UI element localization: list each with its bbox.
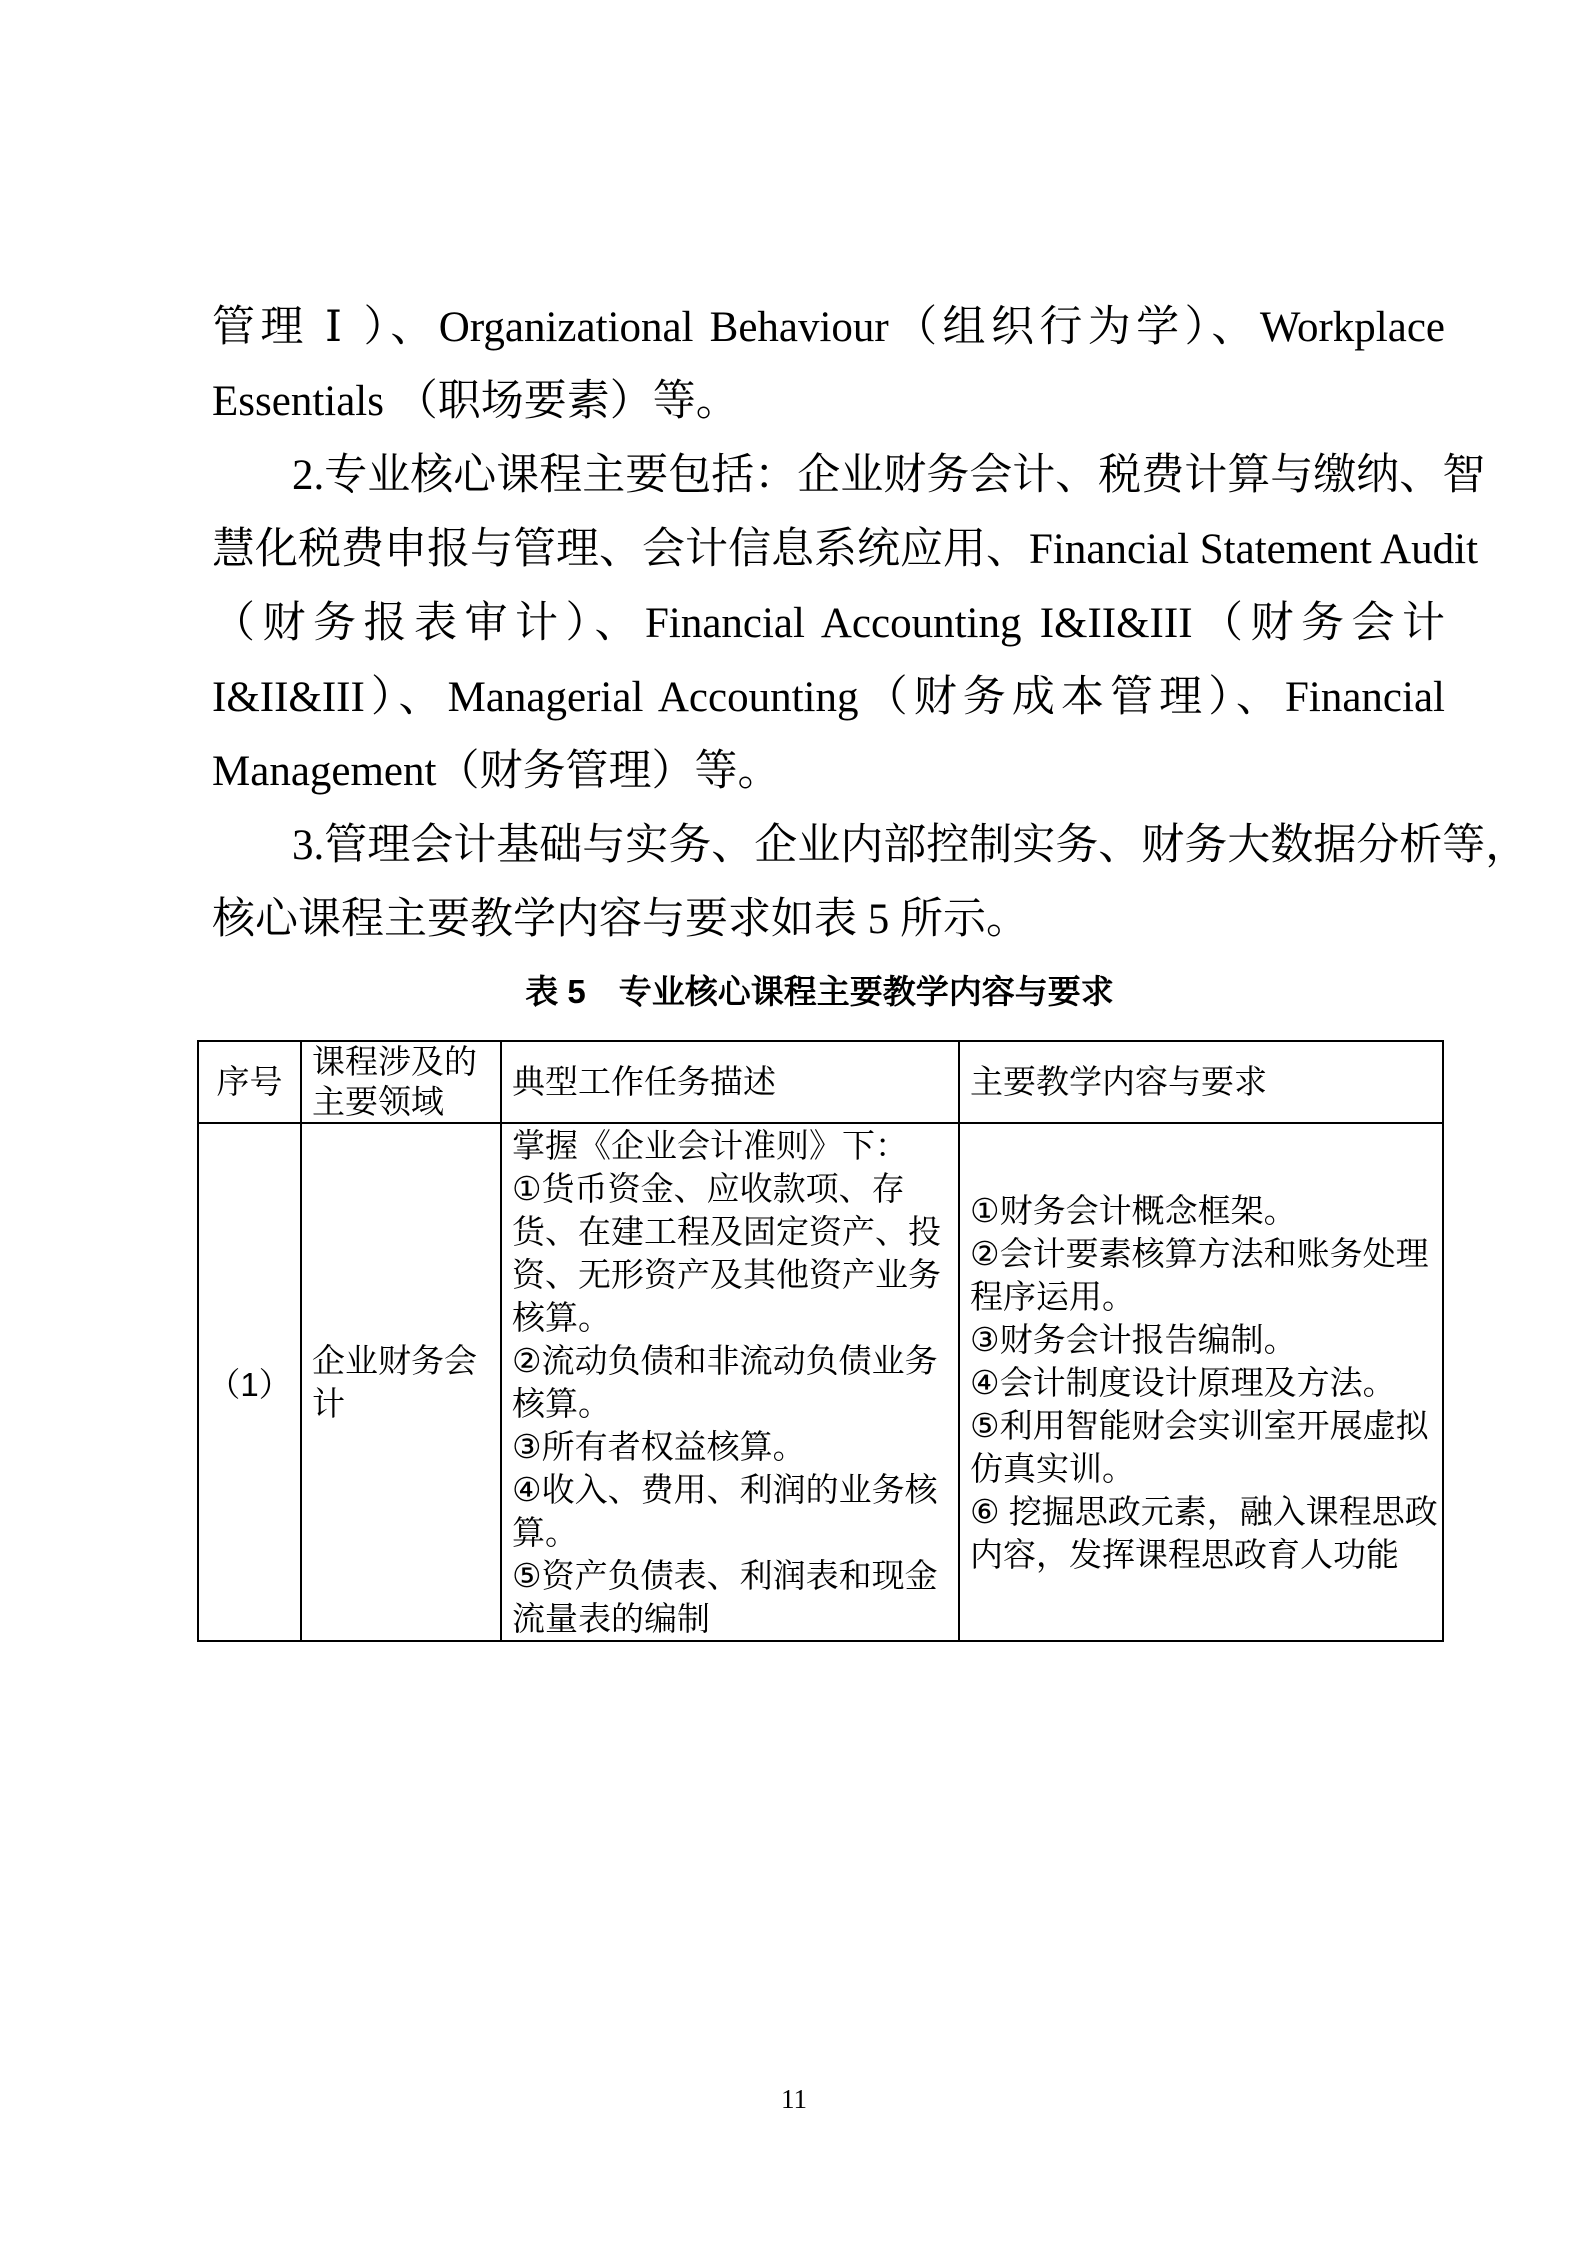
content-item: ②会计要素核算方法和账务处理程序运用。 — [970, 1232, 1438, 1318]
paragraph-line: Management（财务管理）等。 — [212, 735, 1445, 809]
paragraph-line: 管理 Ⅰ ）、Organizational Behaviour（组织行为学）、W… — [212, 291, 1445, 365]
body-text: 管理 Ⅰ ）、Organizational Behaviour（组织行为学）、W… — [212, 291, 1445, 957]
page-number: 11 — [0, 2086, 1588, 2113]
paragraph-line: Essentials （职场要素）等。 — [212, 365, 1445, 439]
paragraph-line: 核心课程主要教学内容与要求如表 5 所示。 — [212, 883, 1445, 957]
document-page: 管理 Ⅰ ）、Organizational Behaviour（组织行为学）、W… — [0, 0, 1588, 2245]
paragraph-line: 2.专业核心课程主要包括：企业财务会计、税费计算与缴纳、智 — [212, 439, 1445, 513]
task-item: ③所有者权益核算。 — [512, 1425, 954, 1468]
content-item: ⑤利用智能财会实训室开展虚拟仿真实训。 — [970, 1404, 1438, 1490]
content-item: ④会计制度设计原理及方法。 — [970, 1361, 1438, 1404]
table-header-row: 序号 课程涉及的主要领域 典型工作任务描述 主要教学内容与要求 — [198, 1041, 1443, 1123]
task-item: 掌握《企业会计准则》下： — [512, 1124, 954, 1167]
header-cell-tasks: 典型工作任务描述 — [501, 1041, 959, 1123]
content-item: ⑥ 挖掘思政元素，融入课程思政内容，发挥课程思政育人功能 — [970, 1490, 1438, 1576]
paragraph-line: 3.管理会计基础与实务、企业内部控制实务、财务大数据分析等， — [212, 809, 1445, 883]
table-row: （1） 企业财务会计 掌握《企业会计准则》下： ①货币资金、应收款项、存货、在建… — [198, 1123, 1443, 1641]
content-item: ③财务会计报告编制。 — [970, 1318, 1438, 1361]
paragraph-line: （财务报表审计）、Financial Accounting I&II&III（财… — [212, 587, 1445, 661]
task-item: ①货币资金、应收款项、存货、在建工程及固定资产、投资、无形资产及其他资产业务核算… — [512, 1167, 954, 1339]
header-cell-contents: 主要教学内容与要求 — [959, 1041, 1443, 1123]
cell-teaching-contents: ①财务会计概念框架。 ②会计要素核算方法和账务处理程序运用。 ③财务会计报告编制… — [959, 1123, 1443, 1641]
core-courses-table: 序号 课程涉及的主要领域 典型工作任务描述 主要教学内容与要求 （1） 企业财务… — [197, 1040, 1444, 1642]
header-cell-area: 课程涉及的主要领域 — [301, 1041, 501, 1123]
paragraph-line: 慧化税费申报与管理、会计信息系统应用、Financial Statement A… — [212, 513, 1445, 587]
header-cell-no: 序号 — [198, 1041, 301, 1123]
cell-course-area: 企业财务会计 — [301, 1123, 501, 1641]
cell-row-number: （1） — [198, 1123, 301, 1641]
task-item: ⑤资产负债表、利润表和现金流量表的编制 — [512, 1554, 954, 1640]
content-item: ①财务会计概念框架。 — [970, 1189, 1438, 1232]
paragraph-line: I&II&III）、Managerial Accounting（财务成本管理）、… — [212, 661, 1445, 735]
task-item: ④收入、费用、利润的业务核算。 — [512, 1468, 954, 1554]
task-item: ②流动负债和非流动负债业务核算。 — [512, 1339, 954, 1425]
cell-task-description: 掌握《企业会计准则》下： ①货币资金、应收款项、存货、在建工程及固定资产、投资、… — [501, 1123, 959, 1641]
table-caption: 表 5 专业核心课程主要教学内容与要求 — [197, 957, 1442, 1027]
